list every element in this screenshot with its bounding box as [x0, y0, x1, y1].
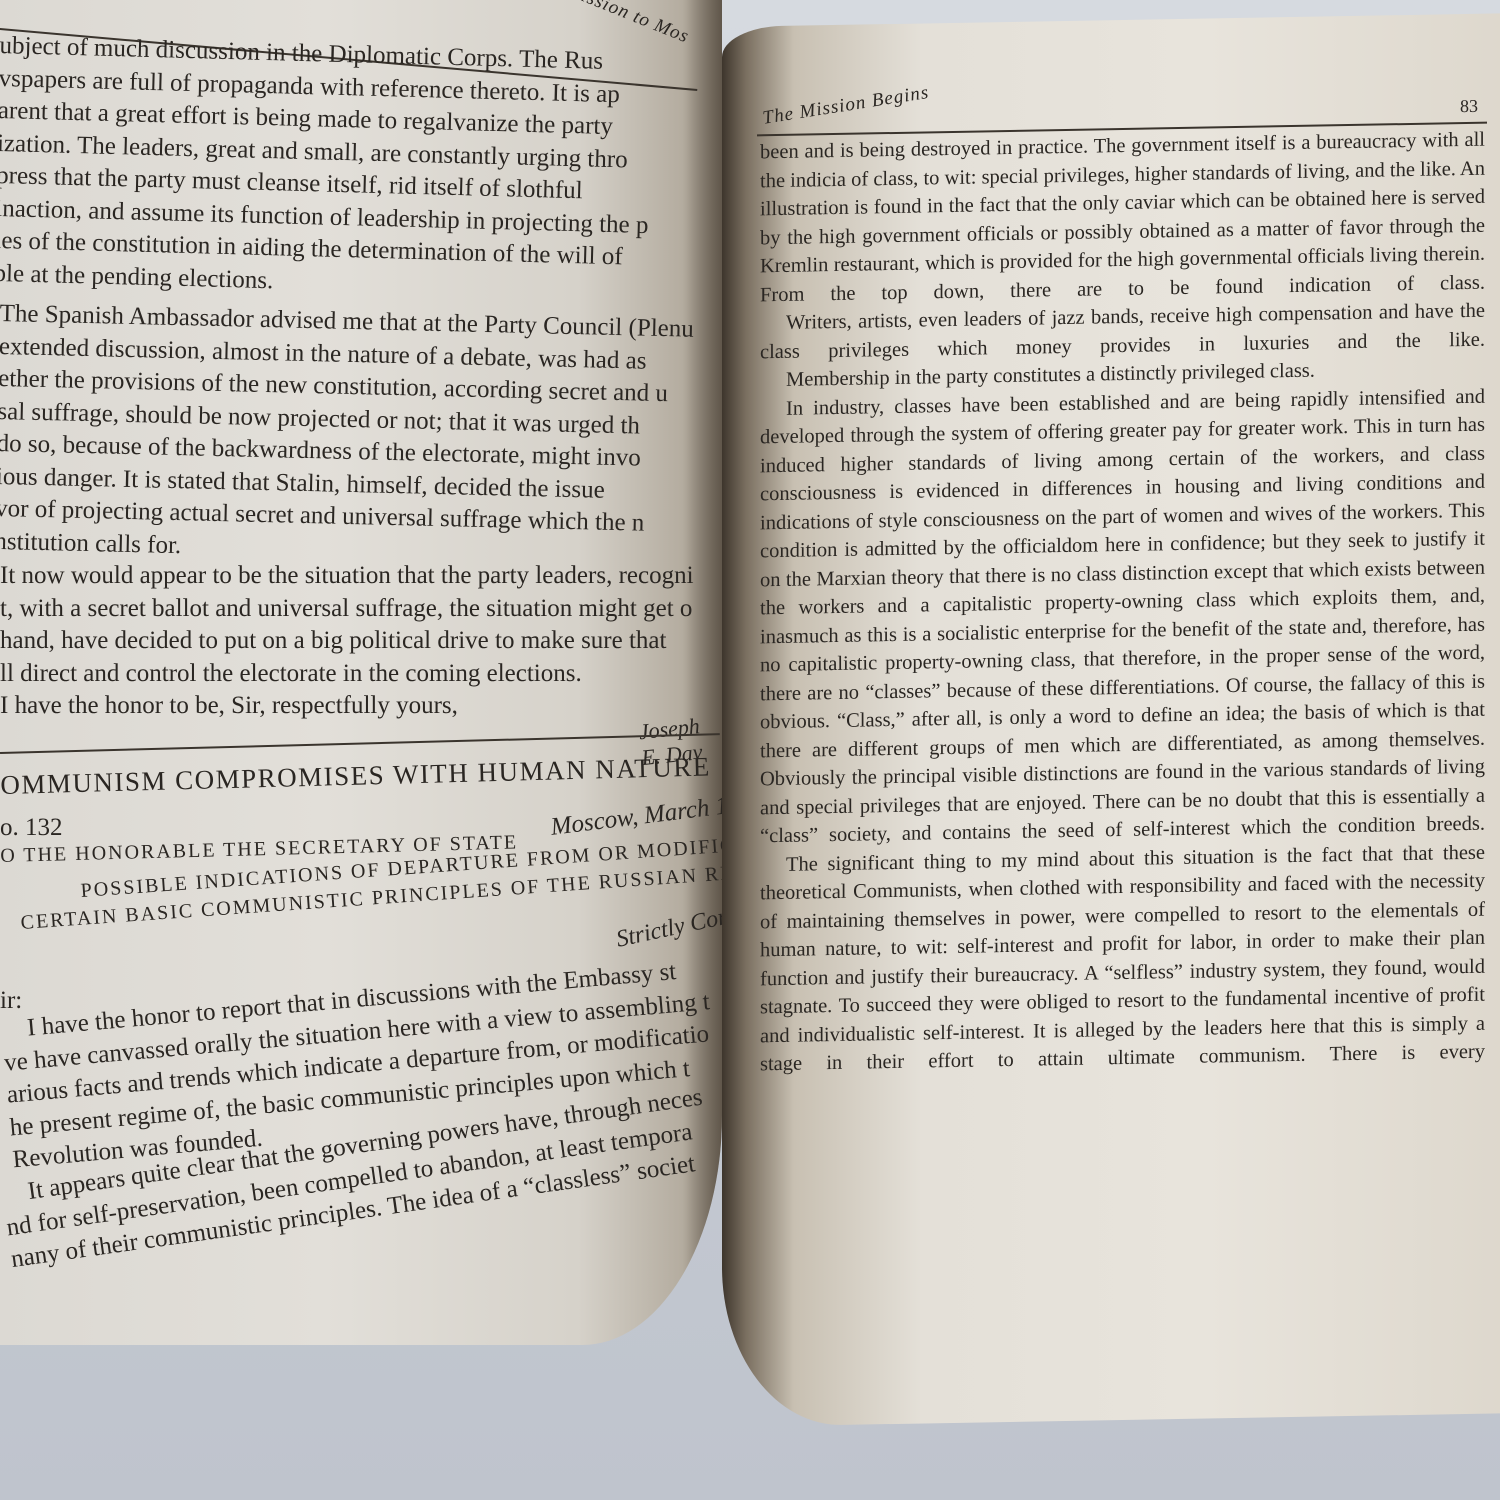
right-page: The Mission Begins 83 been and is being … — [722, 13, 1500, 1427]
left-page: Mission to Mos ubject of much discussion… — [0, 0, 722, 1345]
right-running-head: The Mission Begins — [761, 82, 930, 130]
left-paragraph-1: ubject of much discussion in the Diploma… — [0, 30, 653, 307]
section-heading: OMMUNISM COMPROMISES WITH HUMAN NATURE — [0, 751, 711, 801]
page-number: 83 — [1460, 96, 1478, 117]
left-running-head: Mission to Mos — [562, 0, 692, 48]
document-number: o. 132 — [0, 812, 63, 845]
left-paragraph-3: It now would appear to be the situation … — [0, 560, 694, 723]
right-text-column: been and is being destroyed in practice.… — [760, 126, 1485, 1079]
section-divider — [0, 733, 720, 754]
left-paragraph-2: The Spanish Ambassador advised me that a… — [0, 298, 694, 574]
